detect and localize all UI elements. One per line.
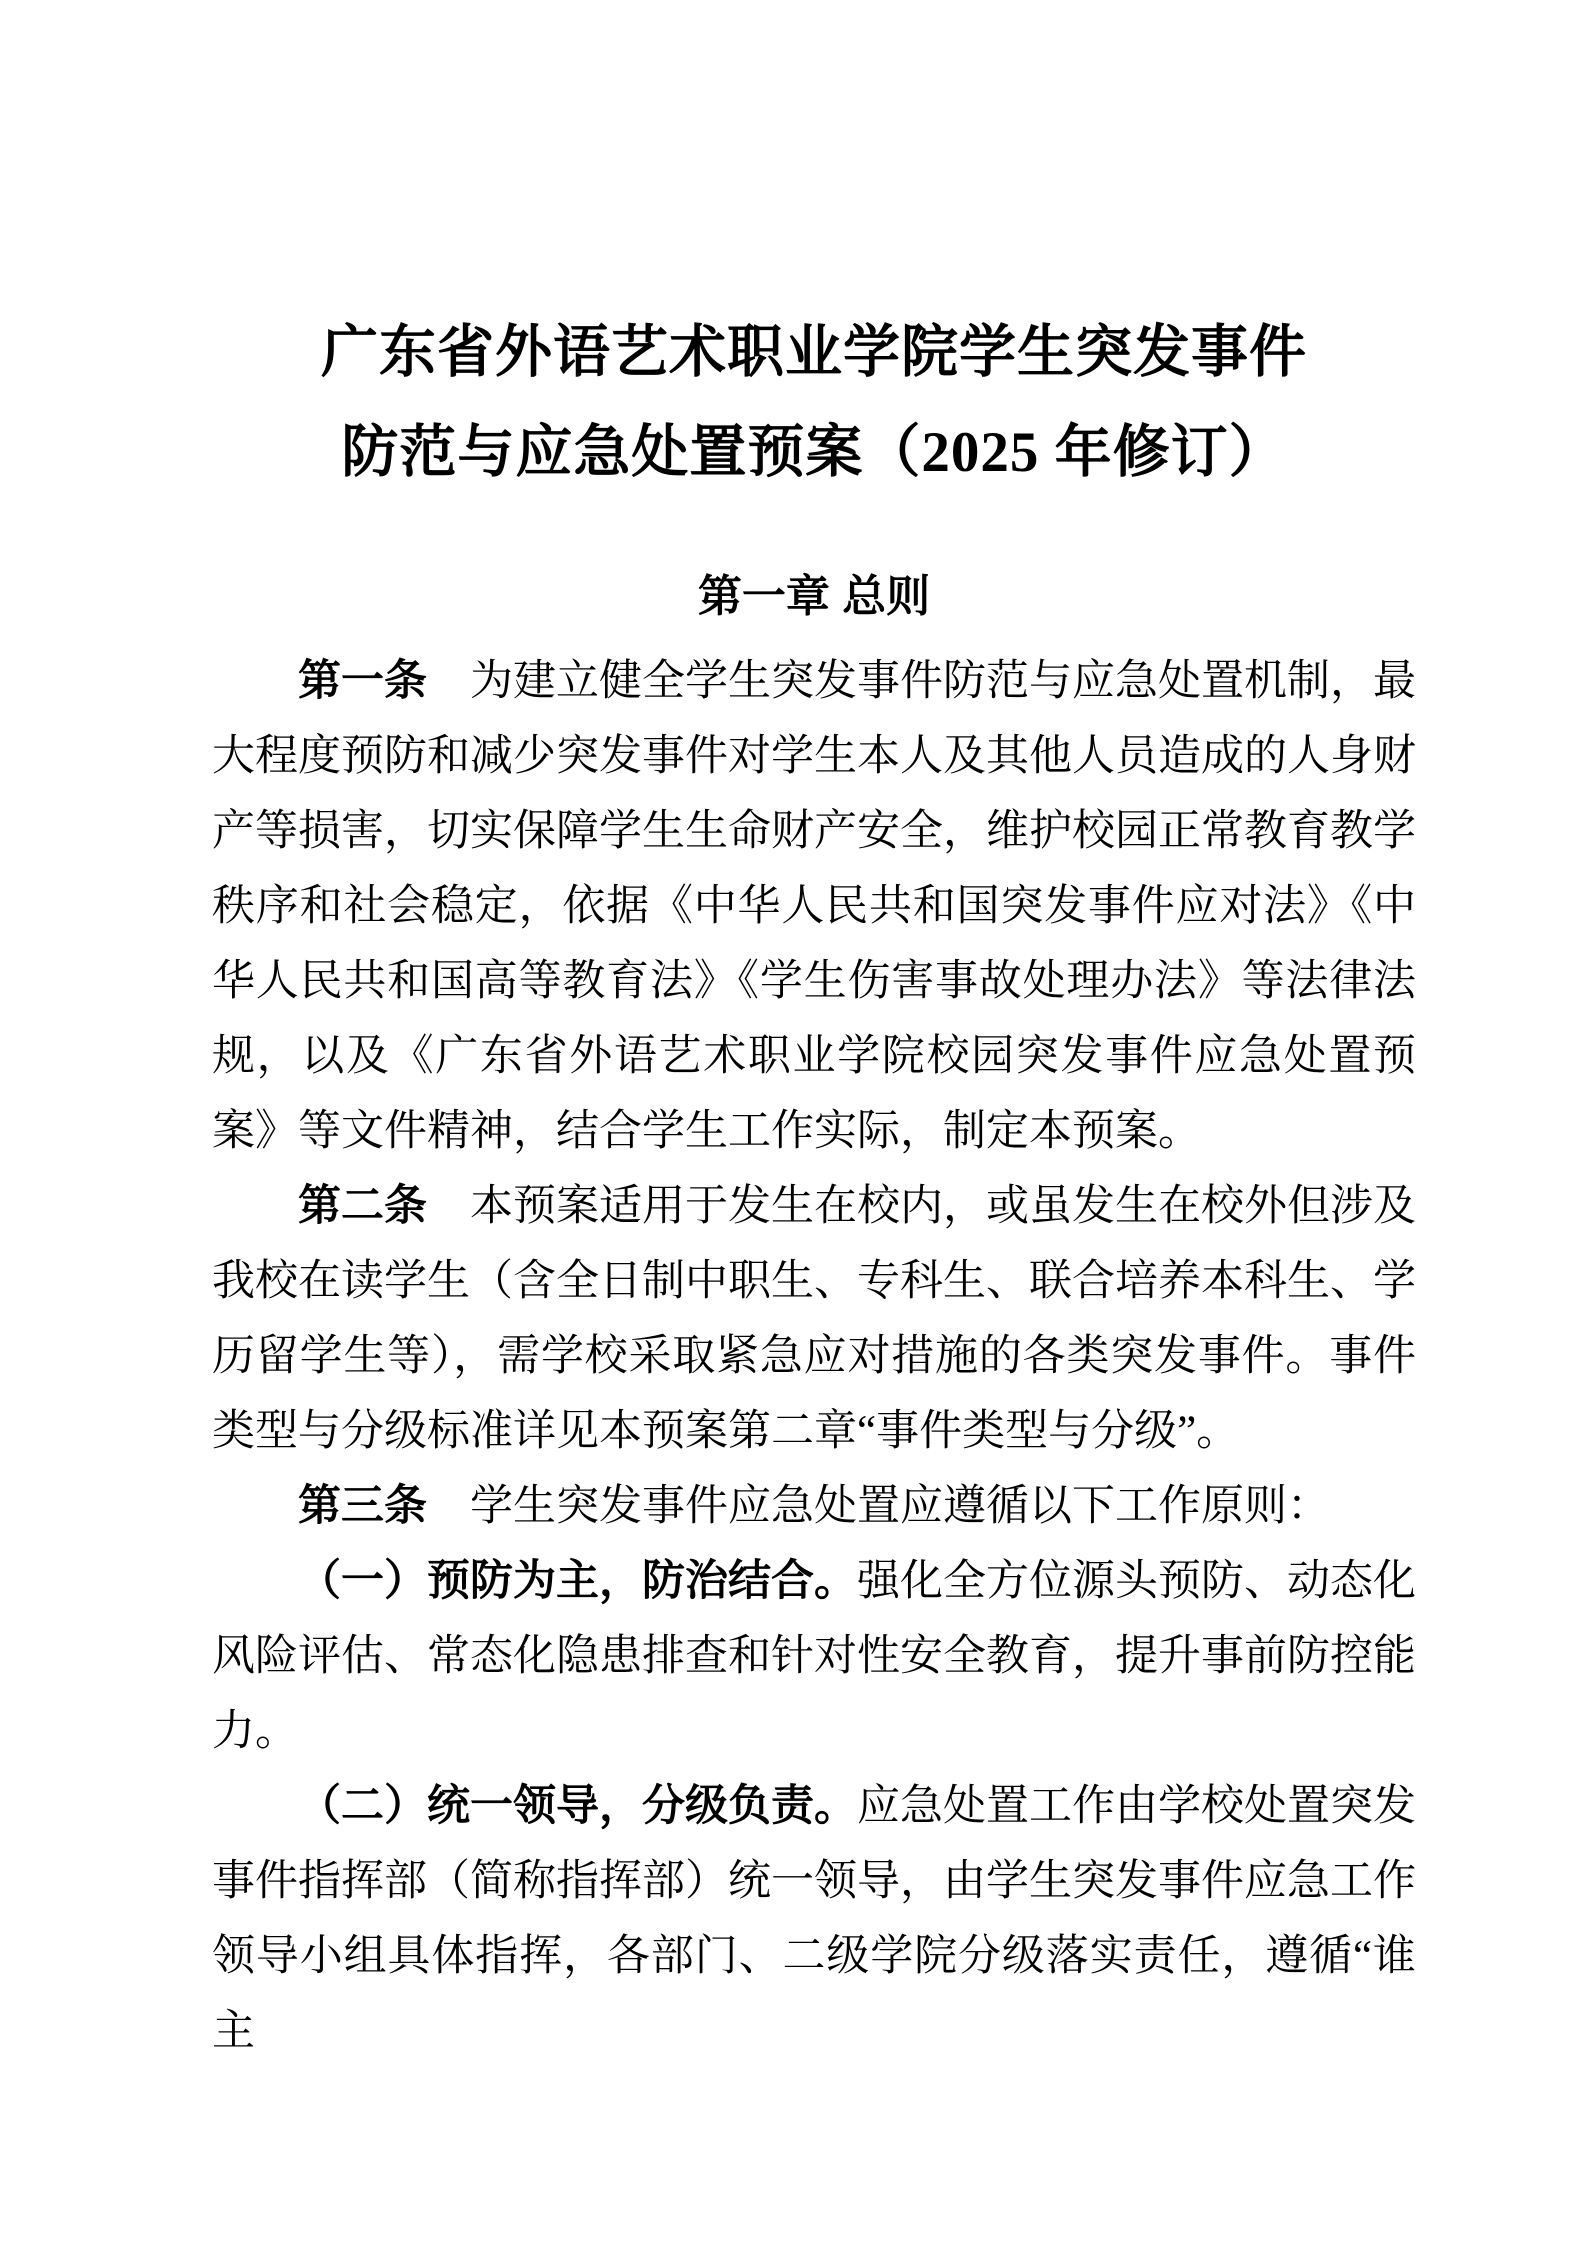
- paragraph-article-3: 第三条 学生突发事件应急处置应遵循以下工作原则：: [212, 1469, 1416, 1544]
- document-title-line2: 防范与应急处置预案（2025 年修订）: [341, 421, 1286, 484]
- chapter-heading: 第一章 总则: [212, 573, 1416, 621]
- article-2-label: 第二条: [298, 1183, 470, 1230]
- paragraph-principle-2: （二）统一领导，分级负责。应急处置工作由学校处置突发事件指挥部（简称指挥部）统一…: [212, 1769, 1416, 2069]
- article-3-text: 学生突发事件应急处置应遵循以下工作原则：: [470, 1483, 1330, 1530]
- article-1-text: 为建立健全学生突发事件防范与应急处置机制，最大程度预防和减少突发事件对学生本人及…: [212, 658, 1416, 1155]
- document-page: 广东省外语艺术职业学院学生突发事件 防范与应急处置预案（2025 年修订） 第一…: [0, 0, 1587, 2245]
- principle-1-label: （一）预防为主，防治结合。: [298, 1558, 857, 1605]
- paragraph-principle-1: （一）预防为主，防治结合。强化全方位源头预防、动态化风险评估、常态化隐患排查和针…: [212, 1544, 1416, 1769]
- article-3-label: 第三条: [298, 1483, 470, 1530]
- document-title-line1: 广东省外语艺术职业学院学生突发事件: [321, 321, 1307, 384]
- paragraph-article-2: 第二条 本预案适用于发生在校内，或虽发生在校外但涉及我校在读学生（含全日制中职生…: [212, 1169, 1416, 1469]
- document-title: 广东省外语艺术职业学院学生突发事件 防范与应急处置预案（2025 年修订）: [212, 0, 1416, 503]
- principle-2-label: （二）统一领导，分级负责。: [298, 1783, 857, 1830]
- paragraph-article-1: 第一条 为建立健全学生突发事件防范与应急处置机制，最大程度预防和减少突发事件对学…: [212, 644, 1416, 1169]
- article-1-label: 第一条: [298, 658, 470, 705]
- document-body: 第一条 为建立健全学生突发事件防范与应急处置机制，最大程度预防和减少突发事件对学…: [212, 644, 1416, 2069]
